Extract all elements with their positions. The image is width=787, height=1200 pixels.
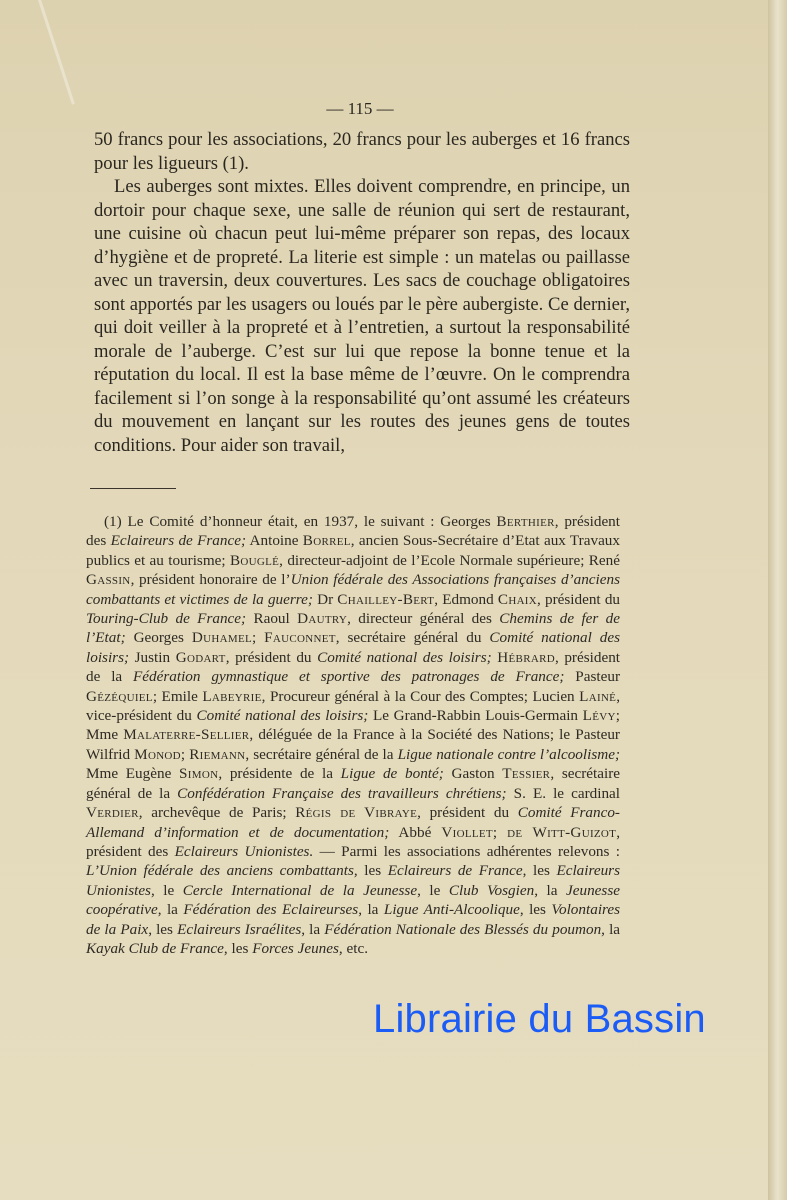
footnote: (1) Le Comité d’honneur était, en 1937, …	[86, 512, 620, 958]
person-name: Godart	[176, 649, 226, 666]
footnote-text: , directeur-adjoint de l’Ecole Normale s…	[279, 552, 620, 569]
organization-name: Confédération Française des travailleurs…	[177, 785, 506, 802]
footnote-text: Dr	[313, 591, 337, 608]
footnote-text: , la	[534, 882, 566, 899]
footnote-text: , président du	[417, 804, 518, 821]
person-name: Lévy	[583, 707, 616, 724]
organization-name: Comité national des loisirs;	[197, 707, 369, 724]
person-name: Lainé	[579, 688, 616, 705]
body-text: 50 francs pour les associations, 20 fran…	[94, 128, 630, 457]
footnote-text: les	[358, 862, 388, 879]
footnote-text: , la	[358, 901, 384, 918]
footnote-text: , présidente de la	[218, 765, 340, 782]
footnote-text: , le	[417, 882, 449, 899]
footnote-text: Le Grand-Rabbin Louis-Germain	[368, 707, 582, 724]
person-name: Borrel	[303, 532, 351, 549]
organization-name: Club Vosgien	[449, 882, 534, 899]
organization-name: Forces Jeunes	[252, 940, 339, 957]
person-name: Berthier	[496, 513, 554, 530]
watermark: Librairie du Bassin	[373, 997, 706, 1042]
organization-name: Eclaireurs Unionistes.	[175, 843, 314, 860]
footnote-text: ;	[252, 629, 264, 646]
organization-name: Cercle International de la Jeunesse	[183, 882, 417, 899]
page-edge	[768, 0, 787, 1200]
footnote-text: , etc.	[339, 940, 368, 957]
organization-name: Ligue nationale contre l’alcoolisme;	[398, 746, 620, 763]
person-name: Verdier	[86, 804, 139, 821]
organization-name: Touring-Club de France;	[86, 610, 246, 627]
footnote-text: , directeur général des	[347, 610, 499, 627]
footnote-separator	[90, 488, 176, 489]
person-name: Malaterre-Sellier	[123, 726, 249, 743]
person-name: Bouglé	[230, 552, 279, 569]
organization-name: Ligue Anti-Alcoolique	[384, 901, 520, 918]
footnote-text: (1) Le Comité d’honneur était, en 1937, …	[104, 513, 496, 530]
footnote-text: ; Emile	[153, 688, 202, 705]
page-number: — 115 —	[0, 99, 720, 119]
person-name: Monod	[134, 746, 181, 763]
organization-name: Eclaireurs Israélites	[177, 921, 301, 938]
organization-name: Fédération des Eclaireurses	[183, 901, 358, 918]
person-name: Simon	[179, 765, 218, 782]
footnote-text: , président du	[537, 591, 620, 608]
footnote-text: , secrétaire général de la	[245, 746, 397, 763]
organization-name: L’Union fédérale des anciens combattants…	[86, 862, 358, 879]
organization-name: Eclaireurs de France	[388, 862, 523, 879]
footnote-text: ;	[493, 824, 507, 841]
person-name: Chailley-Bert	[337, 591, 434, 608]
footnote-text: Pasteur	[564, 668, 620, 685]
footnote-text: , Edmond	[434, 591, 498, 608]
person-name: Riemann	[189, 746, 245, 763]
organization-name: Ligue de bonté;	[341, 765, 444, 782]
organization-name: Kayak Club de France	[86, 940, 224, 957]
footnote-text: Justin	[129, 649, 176, 666]
footnote-text: Abbé	[389, 824, 441, 841]
person-name: Hébrard	[497, 649, 555, 666]
person-name: Duhamel	[192, 629, 252, 646]
footnote-text: Mme Eugène	[86, 765, 179, 782]
person-name: Fauconnet	[264, 629, 336, 646]
footnote-text: ;	[181, 746, 189, 763]
person-name: Régis de Vibraye	[295, 804, 417, 821]
footnote-text: Antoine	[246, 532, 303, 549]
person-name: Gassin	[86, 571, 131, 588]
person-name: Labeyrie	[202, 688, 261, 705]
footnote-text: , le	[151, 882, 183, 899]
person-name: Viollet	[441, 824, 493, 841]
footnote-text: , les	[224, 940, 252, 957]
person-name: de Witt-Guizot	[507, 824, 616, 841]
footnote-text: , les	[520, 901, 552, 918]
footnote-text: , président du	[226, 649, 317, 666]
footnote-text: , les	[148, 921, 177, 938]
footnote-text: , archevêque de Paris;	[139, 804, 295, 821]
person-name: Tessier	[502, 765, 550, 782]
paragraph-2: Les auberges sont mixtes. Elles doivent …	[94, 175, 630, 457]
organization-name: Comité national des loisirs;	[317, 649, 492, 666]
paragraph-1: 50 francs pour les associations, 20 fran…	[94, 128, 630, 175]
footnote-text: — Parmi les associations adhérentes rele…	[313, 843, 620, 860]
paper-crease	[38, 0, 75, 105]
footnote-text: , les	[523, 862, 557, 879]
person-name: Dautry	[297, 610, 347, 627]
footnote-text: , la	[301, 921, 324, 938]
footnote-text: , secrétaire général du	[336, 629, 490, 646]
footnote-text: , la	[601, 921, 620, 938]
organization-name: Fédération Nationale des Blessés du poum…	[324, 921, 601, 938]
person-name: Chaix	[498, 591, 537, 608]
footnote-text: S. E. le cardinal	[507, 785, 620, 802]
organization-name: Eclaireurs de France;	[111, 532, 246, 549]
footnote-text: Georges	[126, 629, 192, 646]
footnote-text: , Procureur général à la Cour des Compte…	[262, 688, 580, 705]
person-name: Gézéquiel	[86, 688, 153, 705]
footnote-text: Gaston	[444, 765, 502, 782]
footnote-text: Raoul	[246, 610, 297, 627]
organization-name: Fédération gymnastique et sportive des p…	[133, 668, 564, 685]
footnote-text: , la	[158, 901, 184, 918]
footnote-text: , président honoraire de l’	[131, 571, 291, 588]
